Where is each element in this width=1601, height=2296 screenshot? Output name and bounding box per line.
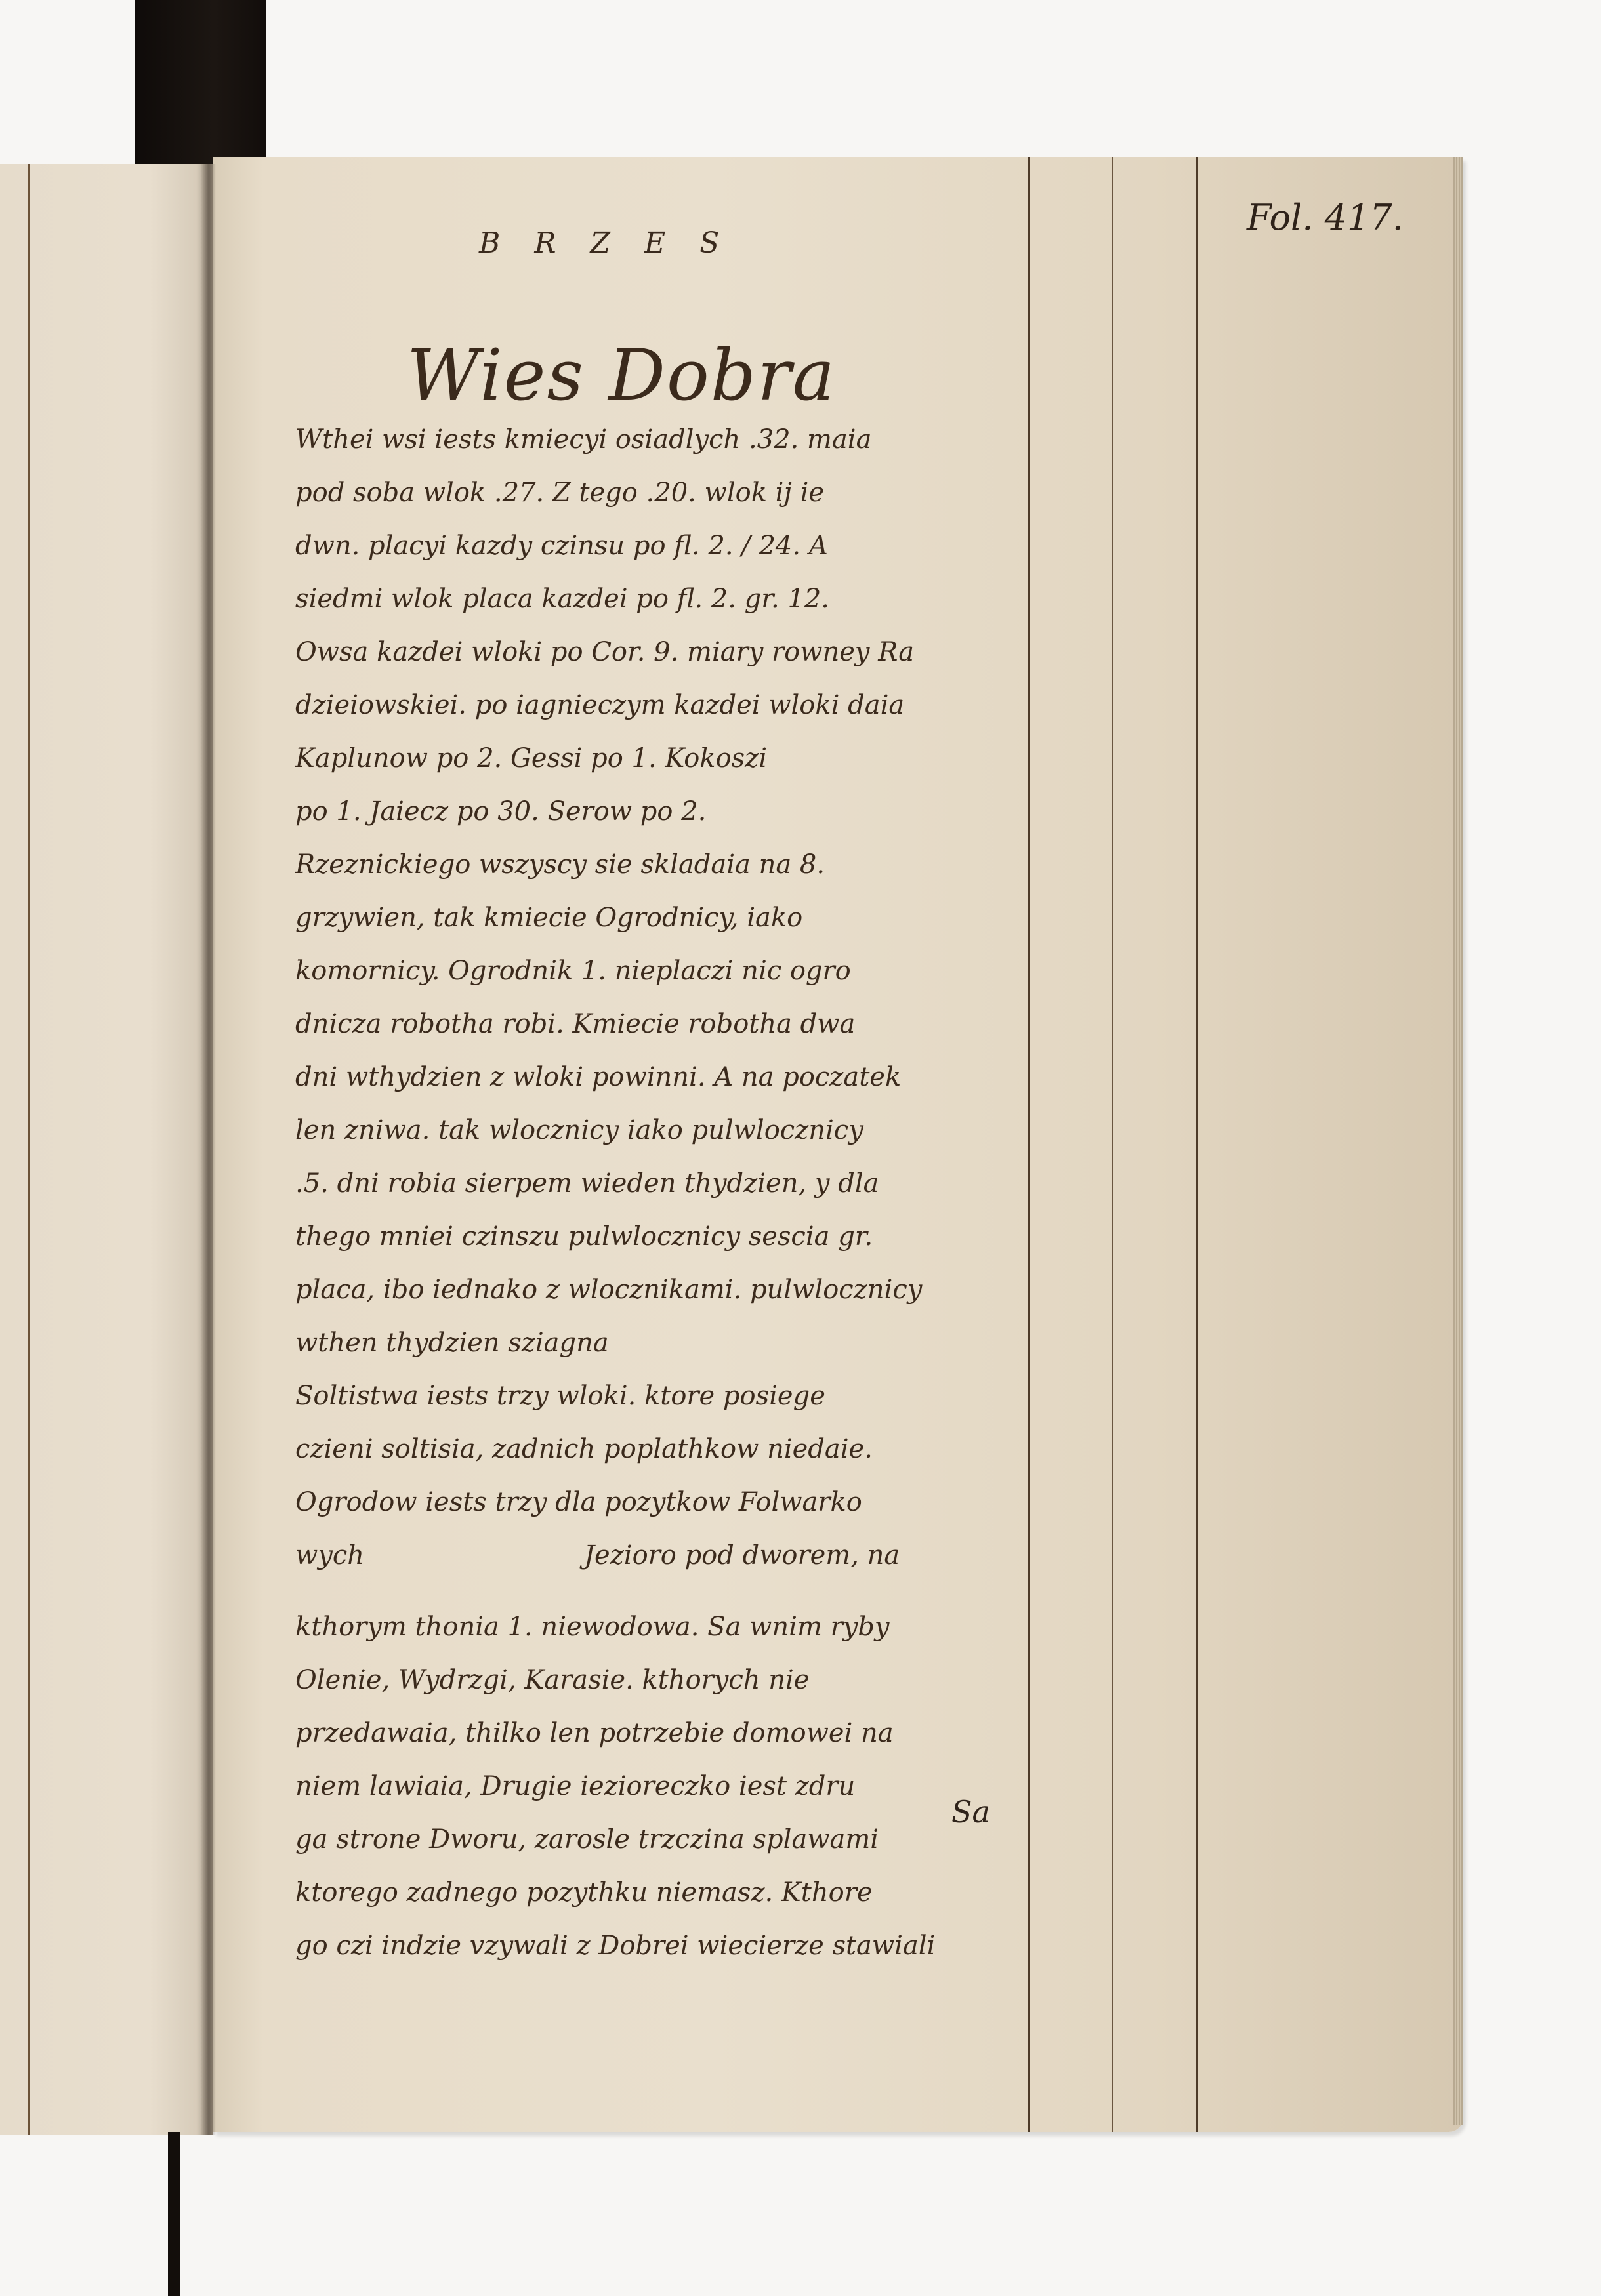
text-line: Soltistwa iests trzy wloki. ktore posieg…: [295, 1370, 1027, 1423]
text-line: Ogrodow iests trzy dla pozytkow Folwarko: [295, 1476, 1027, 1529]
text-line: niem lawiaia, Drugie iezioreczko iest zd…: [295, 1760, 1027, 1813]
text-line: len zniwa. tak wlocznicy iako pulwloczni…: [295, 1104, 1027, 1157]
text-line: pod soba wlok .27. Z tego .20. wlok ij i…: [295, 466, 1027, 520]
text-line: komornicy. Ogrodnik 1. nieplaczi nic ogr…: [295, 945, 1027, 998]
text-line: dwn. placyi kazdy czinsu po fl. 2. / 24.…: [295, 520, 1027, 573]
text-line: Olenie, Wydrzgi, Karasie. kthorych nie: [295, 1654, 1027, 1707]
text-line: .5. dni robia sierpem wieden thydzien, y…: [295, 1157, 1027, 1210]
catchword: Sa: [951, 1794, 990, 1830]
section-title: Wies Dobra: [407, 335, 836, 417]
text-line: siedmi wlok placa kazdei po fl. 2. gr. 1…: [295, 573, 1027, 626]
margin-rule-2: [1112, 157, 1113, 2132]
text-line: kthorym thonia 1. niewodowa. Sa wnim ryb…: [295, 1601, 1027, 1654]
text-line: Kaplunow po 2. Gessi po 1. Kokoszi: [295, 732, 1027, 785]
text-line: Rzeznickiego wszyscy sie skladaia na 8.: [295, 838, 1027, 892]
text-line: dni wthydzien z wloki powinni. A na pocz…: [295, 1051, 1027, 1104]
left-page-margin-rule: [28, 164, 30, 2135]
page-stack-edge: [1453, 157, 1463, 2125]
manuscript-body: Wthei wsi iests kmiecyi osiadlych .32. m…: [295, 413, 1027, 1973]
text-line: grzywien, tak kmiecie Ogrodnicy, iako: [295, 892, 1027, 945]
margin-rule-3: [1196, 157, 1198, 2132]
text-line: przedawaia, thilko len potrzebie domowei…: [295, 1707, 1027, 1760]
text-line: Owsa kazdei wloki po Cor. 9. miary rowne…: [295, 626, 1027, 679]
text-line: placa, ibo iednako z wlocznikami. pulwlo…: [295, 1263, 1027, 1317]
bookmark-ribbon-bottom: [168, 2132, 180, 2296]
bookmark-ribbon-top: [135, 0, 266, 169]
text-line: dzieiowskiei. po iagnieczym kazdei wloki…: [295, 679, 1027, 732]
folio-number: Fol. 417.: [1247, 197, 1403, 238]
text-line: thego mniei czinszu pulwlocznicy sescia …: [295, 1210, 1027, 1263]
text-line: po 1. Jaiecz po 30. Serow po 2.: [295, 785, 1027, 838]
text-line: czieni soltisia, zadnich poplathkow nied…: [295, 1423, 1027, 1476]
margin-rule-1: [1028, 157, 1030, 2132]
text-line: Wthei wsi iests kmiecyi osiadlych .32. m…: [295, 413, 1027, 466]
text-line: go czi indzie vzywali z Dobrei wiecierze…: [295, 1919, 1027, 1973]
text-line: ktorego zadnego pozythku niemasz. Kthore: [295, 1866, 1027, 1919]
text-line: dnicza robotha robi. Kmiecie robotha dwa: [295, 998, 1027, 1051]
text-line: ga strone Dworu, zarosle trzczina splawa…: [295, 1813, 1027, 1866]
running-head: BRZES: [479, 226, 846, 260]
text-line: wych: [295, 1529, 492, 1582]
book-gutter: [200, 164, 216, 2135]
left-page: [0, 164, 213, 2135]
text-line: wthen thydzien sziagna: [295, 1317, 1027, 1370]
text-line: Jezioro pod dworem, na: [492, 1529, 900, 1582]
